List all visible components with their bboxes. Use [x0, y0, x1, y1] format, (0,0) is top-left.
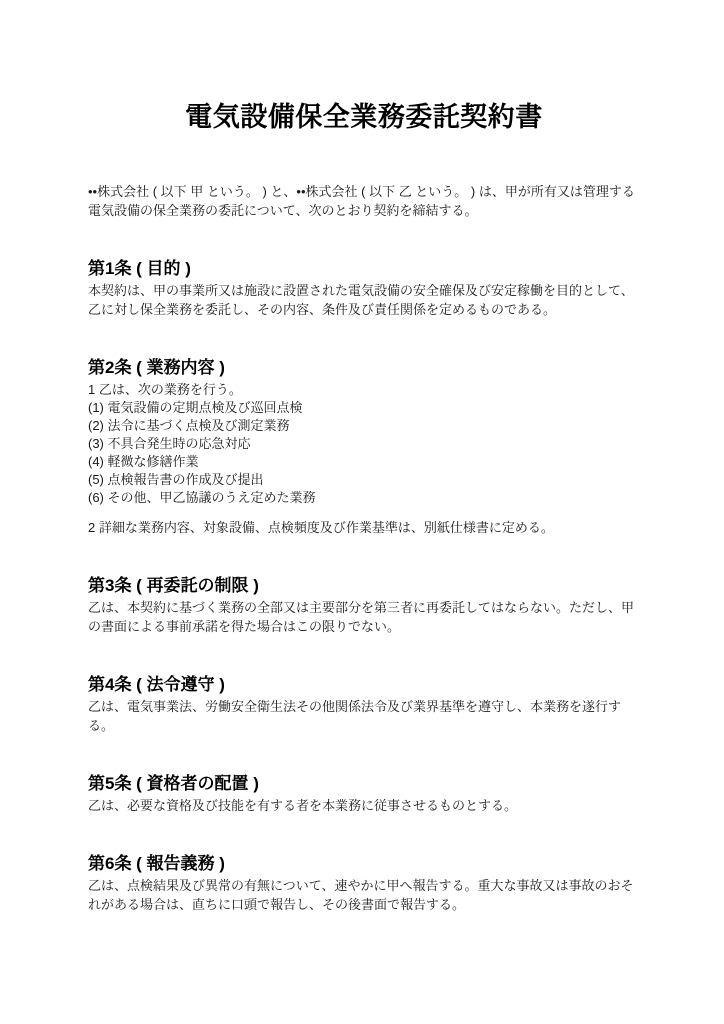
article-body: 乙は、電気事業法、労働安全衛生法その他関係法令及び業界基準を遵守し、本業務を遂行… [88, 697, 640, 735]
contract-document-page: 電気設備保全業務委託契約書 ••株式会社 ( 以下 甲 という。 ) と、••株… [0, 0, 724, 1024]
article-intro: 1 乙は、次の業務を行う。 [88, 380, 640, 399]
article-heading: 第1条 ( 目的 ) [88, 259, 640, 279]
article-heading: 第6条 ( 報告義務 ) [88, 854, 640, 874]
article-list-item: (1) 電気設備の定期点検及び巡回点検 [88, 399, 640, 417]
article-list-item: (3) 不具合発生時の応急対応 [88, 435, 640, 453]
article-item-list: (1) 電気設備の定期点検及び巡回点検 (2) 法令に基づく点検及び測定業務 (… [88, 399, 640, 507]
article-heading: 第5条 ( 資格者の配置 ) [88, 774, 640, 794]
article-body: 乙は、点検結果及び異常の有無について、速やかに甲へ報告する。重大な事故又は事故の… [88, 876, 640, 914]
article-heading: 第2条 ( 業務内容 ) [88, 358, 640, 378]
article-body: 乙は、必要な資格及び技能を有する者を本業務に従事させるものとする。 [88, 796, 640, 815]
article-section-6: 第6条 ( 報告義務 ) 乙は、点検結果及び異常の有無について、速やかに甲へ報告… [88, 854, 640, 914]
article-list-item: (6) その他、甲乙協議のうえ定めた業務 [88, 489, 640, 507]
article-list-item: (2) 法令に基づく点検及び測定業務 [88, 417, 640, 435]
article-section-3: 第3条 ( 再委託の制限 ) 乙は、本契約に基づく業務の全部又は主要部分を第三者… [88, 576, 640, 636]
preamble-paragraph: ••株式会社 ( 以下 甲 という。 ) と、••株式会社 ( 以下 乙 という… [88, 182, 640, 220]
article-heading: 第4条 ( 法令遵守 ) [88, 675, 640, 695]
article-body: 本契約は、甲の事業所又は施設に設置された電気設備の安全確保及び安定稼働を目的とし… [88, 281, 640, 319]
document-title: 電気設備保全業務委託契約書 [88, 0, 640, 134]
article-list-item: (4) 軽微な修繕作業 [88, 453, 640, 471]
article-section-5: 第5条 ( 資格者の配置 ) 乙は、必要な資格及び技能を有する者を本業務に従事さ… [88, 774, 640, 815]
article-section-2: 第2条 ( 業務内容 ) 1 乙は、次の業務を行う。 (1) 電気設備の定期点検… [88, 358, 640, 537]
article-list-item: (5) 点検報告書の作成及び提出 [88, 471, 640, 489]
document-content: 電気設備保全業務委託契約書 ••株式会社 ( 以下 甲 という。 ) と、••株… [0, 0, 724, 1024]
article-heading: 第3条 ( 再委託の制限 ) [88, 576, 640, 596]
article-closing: 2 詳細な業務内容、対象設備、点検頻度及び作業基準は、別紙仕様書に定める。 [88, 518, 640, 537]
article-section-1: 第1条 ( 目的 ) 本契約は、甲の事業所又は施設に設置された電気設備の安全確保… [88, 259, 640, 319]
article-section-4: 第4条 ( 法令遵守 ) 乙は、電気事業法、労働安全衛生法その他関係法令及び業界… [88, 675, 640, 735]
article-body: 乙は、本契約に基づく業務の全部又は主要部分を第三者に再委託してはならない。ただし… [88, 598, 640, 636]
